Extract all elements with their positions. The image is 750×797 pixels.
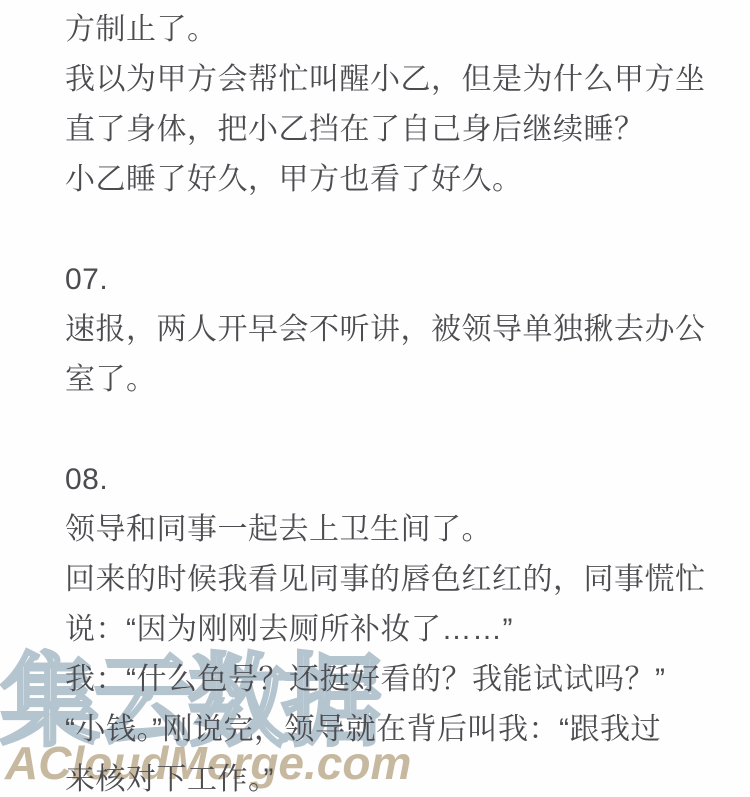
story-line: 方制止了。 xyxy=(65,5,710,55)
section-number: 08. xyxy=(65,455,710,505)
section-number: 07. xyxy=(65,255,710,305)
story-line: “小钱。”刚说完，领导就在背后叫我：“跟我过 xyxy=(65,705,710,755)
story-line: 速报，两人开早会不听讲，被领导单独揪去办公 xyxy=(65,305,710,355)
story-line: 来核对下工作。” xyxy=(65,755,710,797)
story-line: 回来的时候我看见同事的唇色红红的，同事慌忙 xyxy=(65,555,710,605)
story-line: 领导和同事一起去上卫生间了。 xyxy=(65,505,710,555)
story-line: 直了身体，把小乙挡在了自己身后继续睡？ xyxy=(65,105,710,155)
story-line: 小乙睡了好久，甲方也看了好久。 xyxy=(65,155,710,205)
story-line: 室了。 xyxy=(65,355,710,405)
story-line: 我以为甲方会帮忙叫醒小乙，但是为什么甲方坐 xyxy=(65,55,710,105)
story-line-blank xyxy=(65,405,710,455)
story-page: 集云数据 ACloudMerge.com 方制止了。 我以为甲方会帮忙叫醒小乙，… xyxy=(0,0,750,797)
story-line: 说：“因为刚刚去厕所补妆了……” xyxy=(65,605,710,655)
story-line-blank xyxy=(65,205,710,255)
story-line: 我：“什么色号？还挺好看的？我能试试吗？” xyxy=(65,655,710,705)
story-text-block: 方制止了。 我以为甲方会帮忙叫醒小乙，但是为什么甲方坐 直了身体，把小乙挡在了自… xyxy=(65,5,710,797)
